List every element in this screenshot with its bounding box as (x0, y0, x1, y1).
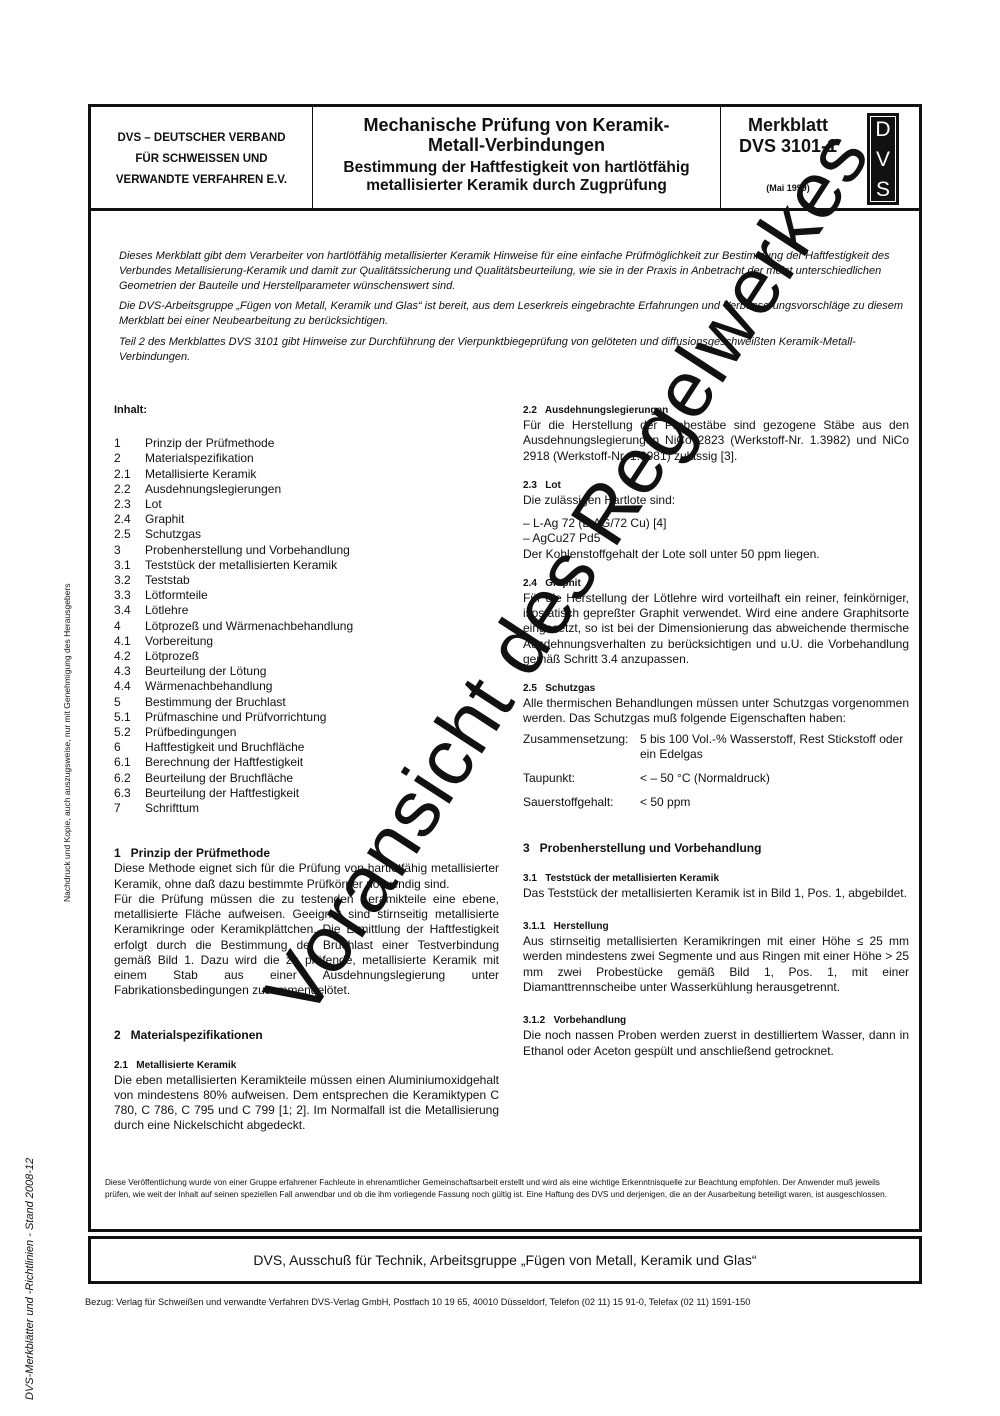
property-value: < 50 ppm (640, 795, 909, 819)
intro-paragraph: Teil 2 des Merkblattes DVS 3101 gibt Hin… (119, 335, 909, 365)
right-column: 2.2 Ausdehnungslegierungen Für die Herst… (523, 403, 909, 1059)
toc-label: Materialspezifikation (145, 451, 254, 466)
toc-item: 5.2Prüfbedingungen (114, 725, 499, 740)
organization-line: DVS – DEUTSCHER VERBAND (117, 128, 285, 149)
toc-item: 4.3Beurteilung der Lötung (114, 664, 499, 679)
logo-cell: D V S (855, 107, 919, 208)
toc-label: Schutzgas (145, 527, 201, 542)
toc-label: Lötprozeß (145, 649, 199, 664)
intro-paragraph: Dieses Merkblatt gibt dem Verarbeiter vo… (119, 249, 909, 293)
paragraph: Die eben metallisierten Keramikteile müs… (114, 1073, 499, 1134)
main-title: Mechanische Prüfung von Keramik- Metall-… (313, 115, 720, 155)
main-title-line: Metall-Verbindungen (313, 135, 720, 155)
toc-number: 2 (114, 451, 145, 466)
toc-number: 2.3 (114, 497, 145, 512)
toc-item: 6.3Beurteilung der Haftfestigkeit (114, 786, 499, 801)
doc-date: (Mai 1999) (721, 183, 855, 193)
toc-number: 4.1 (114, 634, 145, 649)
logo-letter: D (875, 119, 890, 140)
toc-item: 2.1Metallisierte Keramik (114, 467, 499, 482)
toc-label: Teststab (145, 573, 190, 588)
subsection-heading: 2.1 Metallisierte Keramik (114, 1058, 499, 1073)
section-heading: 3 Probenherstellung und Vorbehandlung (523, 841, 909, 856)
toc-item: 3.1Teststück der metallisierten Keramik (114, 558, 499, 573)
paragraph: Für die Prüfung müssen die zu testenden … (114, 892, 499, 998)
toc-number: 2.1 (114, 467, 145, 482)
sub-title: Bestimmung der Haftfestigkeit von hartlö… (313, 159, 720, 195)
subsection-heading: 2.2 Ausdehnungslegierungen (523, 403, 909, 418)
subsection-heading: 3.1 Teststück der metallisierten Keramik (523, 871, 909, 886)
section-heading: 1 Prinzip der Prüfmethode (114, 846, 499, 861)
toc-item: 3.2Teststab (114, 573, 499, 588)
document-id: Merkblatt DVS 3101-1 (Mai 1999) (721, 107, 855, 208)
subsection-heading: 3.1.2 Vorbehandlung (523, 1013, 909, 1028)
toc-item: 2.3Lot (114, 497, 499, 512)
gas-properties-table: Zusammensetzung:5 bis 100 Vol.-% Wassers… (523, 732, 909, 820)
toc-label: Metallisierte Keramik (145, 467, 256, 482)
toc-number: 6.2 (114, 771, 145, 786)
toc-item: 2.2Ausdehnungslegierungen (114, 482, 499, 497)
toc-label: Vorbereitung (145, 634, 213, 649)
property-key: Zusammensetzung: (523, 732, 640, 771)
toc-number: 1 (114, 436, 145, 451)
disclaimer-text: Diese Veröffentlichung wurde von einer G… (91, 1177, 919, 1201)
paragraph: Die noch nassen Proben werden zuerst in … (523, 1028, 909, 1058)
publisher-info: Bezug: Verlag für Schweißen und verwandt… (85, 1297, 935, 1307)
toc-label: Schrifttum (145, 801, 199, 816)
toc-number: 3.4 (114, 603, 145, 618)
toc-number: 3.2 (114, 573, 145, 588)
toc-item: 3.4Lötlehre (114, 603, 499, 618)
dvs-logo-icon: D V S (867, 113, 899, 205)
toc-number: 7 (114, 801, 145, 816)
toc-number: 4.4 (114, 679, 145, 694)
toc-number: 6 (114, 740, 145, 755)
document-frame: DVS – DEUTSCHER VERBAND FÜR SCHWEISSEN U… (88, 104, 922, 1232)
table-row: Zusammensetzung:5 bis 100 Vol.-% Wassers… (523, 732, 909, 771)
subsection-heading: 2.4 Graphit (523, 576, 909, 591)
toc-number: 2.2 (114, 482, 145, 497)
toc-item: 7Schrifttum (114, 801, 499, 816)
paragraph: Für die Herstellung der Probestäbe sind … (523, 418, 909, 464)
toc-label: Prinzip der Prüfmethode (145, 436, 274, 451)
intro-text: Dieses Merkblatt gibt dem Verarbeiter vo… (119, 249, 909, 371)
doc-type: Merkblatt (721, 115, 855, 136)
toc-number: 3 (114, 543, 145, 558)
toc-item: 6.1Berechnung der Haftfestigkeit (114, 755, 499, 770)
logo-letter: S (876, 179, 890, 200)
toc-item: 3.3Lötformteile (114, 588, 499, 603)
property-key: Sauerstoffgehalt: (523, 795, 640, 819)
toc-label: Lötlehre (145, 603, 188, 618)
sub-title-line: metallisierter Keramik durch Zugprüfung (313, 177, 720, 195)
logo-letter: V (876, 149, 890, 170)
toc-label: Bestimmung der Bruchlast (145, 695, 286, 710)
toc-label: Wärmenachbehandlung (145, 679, 272, 694)
list-item: – L-Ag 72 (B AG/72 Cu) [4] (523, 516, 909, 531)
toc-item: 6.2Beurteilung der Bruchfläche (114, 771, 499, 786)
toc-number: 3.3 (114, 588, 145, 603)
toc-item: 5.1Prüfmaschine und Prüfvorrichtung (114, 710, 499, 725)
list-item: – AgCu27 Pd5 (523, 531, 909, 546)
toc-item: 2.5Schutzgas (114, 527, 499, 542)
toc-number: 4.3 (114, 664, 145, 679)
toc-label: Beurteilung der Bruchfläche (145, 771, 293, 786)
paragraph: Der Kohlenstoffgehalt der Lote soll unte… (523, 547, 909, 562)
paragraph: Diese Methode eignet sich für die Prüfun… (114, 861, 499, 891)
table-row: Taupunkt:< – 50 °C (Normaldruck) (523, 771, 909, 795)
table-of-contents: 1Prinzip der Prüfmethode2Materialspezifi… (114, 436, 499, 816)
toc-label: Prüfmaschine und Prüfvorrichtung (145, 710, 326, 725)
toc-item: 4.2Lötprozeß (114, 649, 499, 664)
toc-label: Beurteilung der Haftfestigkeit (145, 786, 299, 801)
paragraph: Für die Herstellung der Lötlehre wird vo… (523, 591, 909, 667)
toc-label: Probenherstellung und Vorbehandlung (145, 543, 350, 558)
working-group-box: DVS, Ausschuß für Technik, Arbeitsgruppe… (88, 1236, 922, 1284)
toc-number: 5 (114, 695, 145, 710)
subsection-heading: 2.3 Lot (523, 478, 909, 493)
toc-number: 5.1 (114, 710, 145, 725)
toc-item: 6Haftfestigkeit und Bruchfläche (114, 740, 499, 755)
toc-item: 4Lötprozeß und Wärmenachbehandlung (114, 619, 499, 634)
document-titles: Mechanische Prüfung von Keramik- Metall-… (313, 107, 721, 208)
toc-label: Ausdehnungslegierungen (145, 482, 281, 497)
main-title-line: Mechanische Prüfung von Keramik- (313, 115, 720, 135)
toc-item: 4.1Vorbereitung (114, 634, 499, 649)
organization-name: DVS – DEUTSCHER VERBAND FÜR SCHWEISSEN U… (91, 107, 313, 208)
toc-number: 4 (114, 619, 145, 634)
toc-number: 2.5 (114, 527, 145, 542)
section-heading: 2 Materialspezifikationen (114, 1028, 499, 1043)
toc-number: 4.2 (114, 649, 145, 664)
toc-item: 4.4Wärmenachbehandlung (114, 679, 499, 694)
left-column: Inhalt: 1Prinzip der Prüfmethode2Materia… (114, 403, 499, 1134)
subsection-heading: 2.5 Schutzgas (523, 681, 909, 696)
toc-label: Haftfestigkeit und Bruchfläche (145, 740, 304, 755)
toc-number: 5.2 (114, 725, 145, 740)
toc-label: Teststück der metallisierten Keramik (145, 558, 337, 573)
edition-note: DVS-Merkblätter und -Richtlinien - Stand… (24, 1158, 36, 1400)
property-value: 5 bis 100 Vol.-% Wasserstoff, Rest Stick… (640, 732, 909, 771)
document-header: DVS – DEUTSCHER VERBAND FÜR SCHWEISSEN U… (91, 107, 919, 211)
subsection-heading: 3.1.1 Herstellung (523, 919, 909, 934)
toc-number: 6.3 (114, 786, 145, 801)
toc-item: 5Bestimmung der Bruchlast (114, 695, 499, 710)
toc-item: 2.4Graphit (114, 512, 499, 527)
paragraph: Die zulässigen Hartlote sind: (523, 493, 909, 508)
toc-number: 6.1 (114, 755, 145, 770)
property-value: < – 50 °C (Normaldruck) (640, 771, 909, 795)
copyright-note: Nachdruck und Kopie, auch auszugsweise, … (62, 584, 72, 902)
organization-line: VERWANDTE VERFAHREN E.V. (116, 170, 287, 191)
sub-title-line: Bestimmung der Haftfestigkeit von hartlö… (313, 159, 720, 177)
toc-title: Inhalt: (114, 403, 499, 418)
toc-label: Graphit (145, 512, 184, 527)
toc-label: Beurteilung der Lötung (145, 664, 266, 679)
toc-label: Berechnung der Haftfestigkeit (145, 755, 303, 770)
paragraph: Aus stirnseitig metallisierten Keramikri… (523, 934, 909, 995)
paragraph: Alle thermischen Behandlungen müssen unt… (523, 696, 909, 726)
toc-label: Prüfbedingungen (145, 725, 236, 740)
table-row: Sauerstoffgehalt:< 50 ppm (523, 795, 909, 819)
toc-label: Lot (145, 497, 162, 512)
doc-number: DVS 3101-1 (721, 136, 855, 157)
toc-number: 3.1 (114, 558, 145, 573)
toc-item: 2Materialspezifikation (114, 451, 499, 466)
paragraph: Das Teststück der metallisierten Keramik… (523, 886, 909, 901)
toc-number: 2.4 (114, 512, 145, 527)
toc-item: 3Probenherstellung und Vorbehandlung (114, 543, 499, 558)
organization-line: FÜR SCHWEISSEN UND (135, 149, 267, 170)
working-group-text: DVS, Ausschuß für Technik, Arbeitsgruppe… (253, 1252, 756, 1268)
toc-label: Lötprozeß und Wärmenachbehandlung (145, 619, 353, 634)
toc-item: 1Prinzip der Prüfmethode (114, 436, 499, 451)
solder-list: – L-Ag 72 (B AG/72 Cu) [4] – AgCu27 Pd5 (523, 516, 909, 546)
property-key: Taupunkt: (523, 771, 640, 795)
intro-paragraph: Die DVS-Arbeitsgruppe „Fügen von Metall,… (119, 299, 909, 329)
toc-label: Lötformteile (145, 588, 208, 603)
